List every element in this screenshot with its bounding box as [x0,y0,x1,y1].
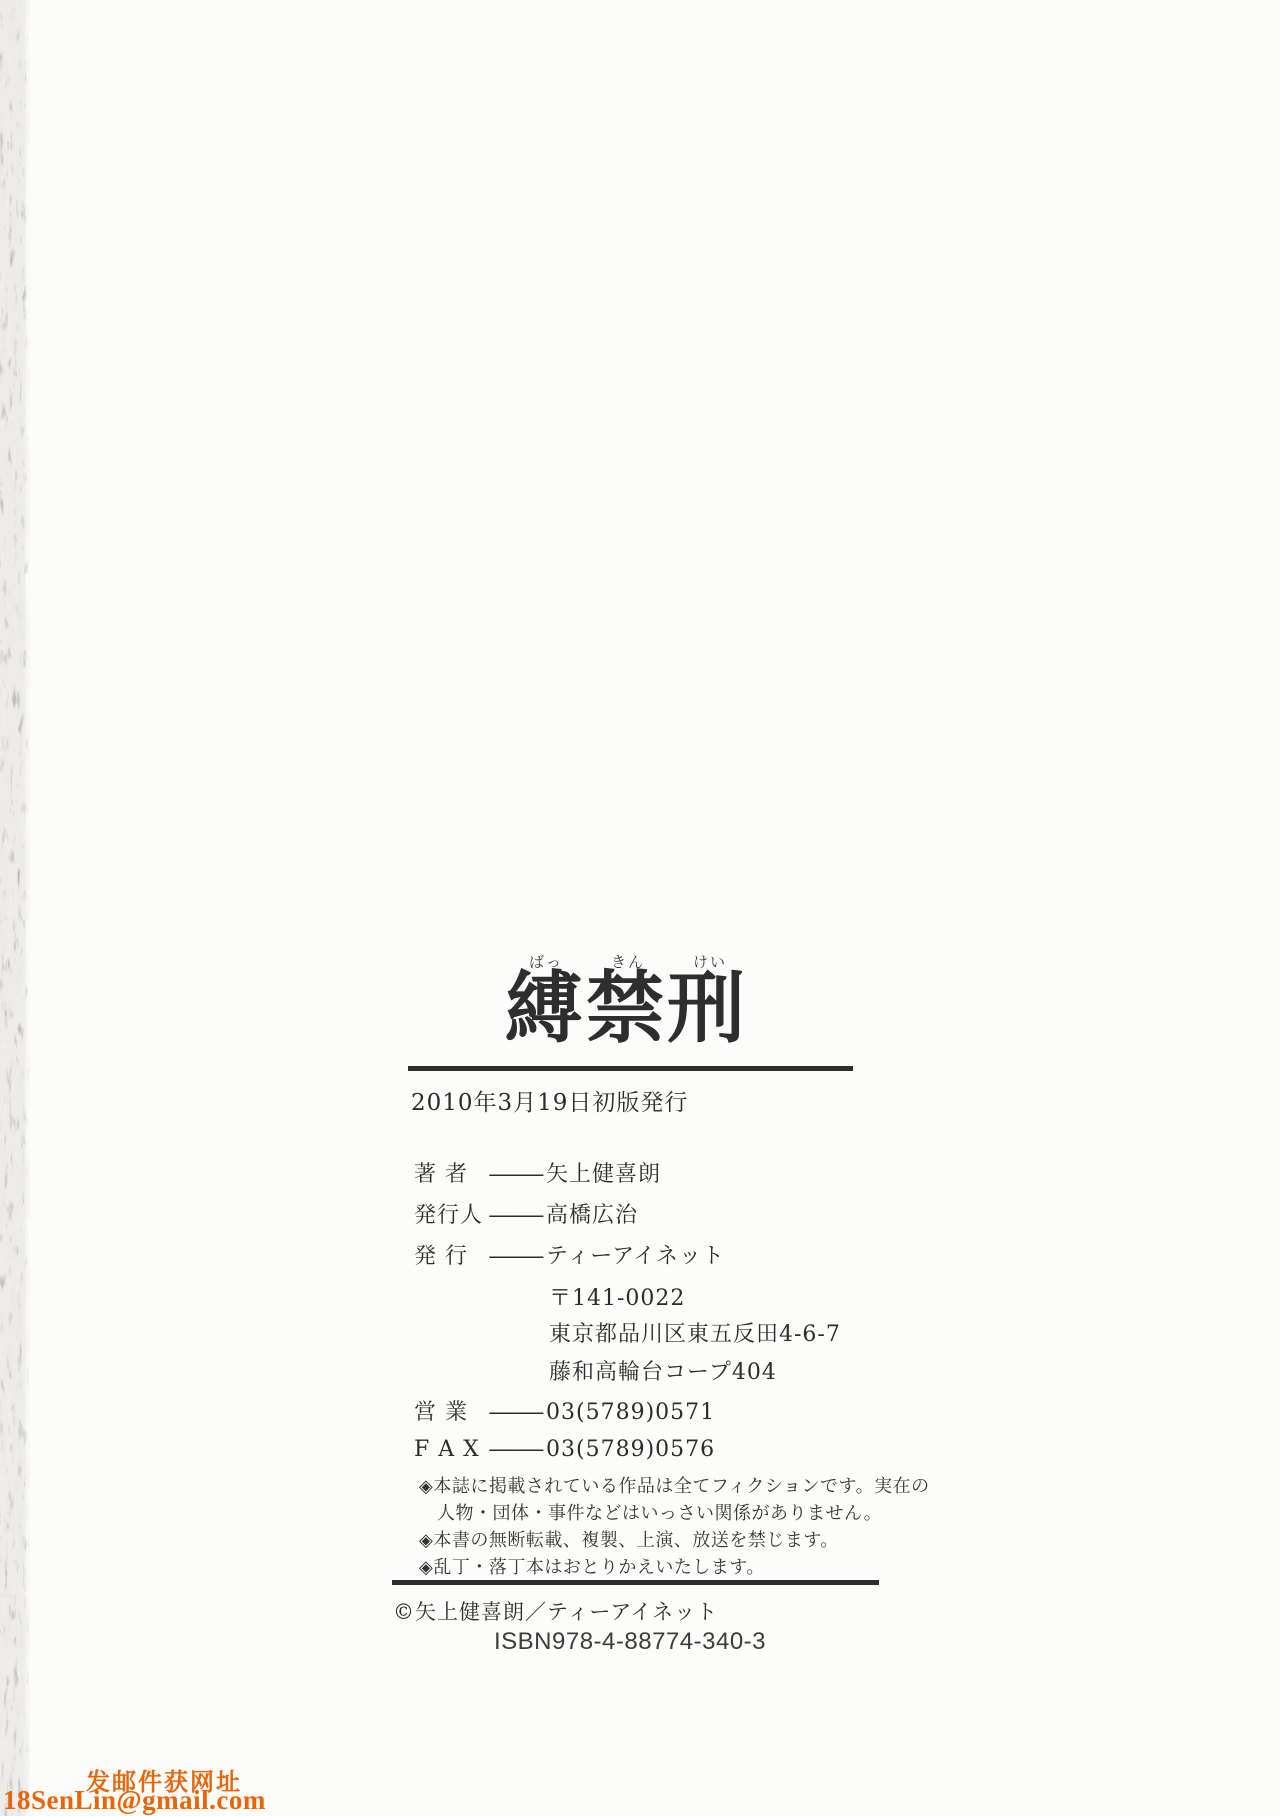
author-dash: —— [473,1162,557,1187]
colophon-row-sales-phone: 営 業——03(5789)0571 [414,1395,715,1426]
sales-dash: —— [473,1400,557,1425]
colophon-row-publisher-person: 発行人——高橋広治 [414,1198,638,1229]
book-title: 縛禁刑 [505,966,748,1052]
fax-dash: —— [473,1437,557,1462]
note-no-reproduction: ◈本書の無断転載、複製、上演、放送を禁じます。 [419,1526,839,1552]
publisher-person-value: 高橋広治 [546,1203,638,1228]
isbn-number: ISBN978-4-88774-340-3 [494,1628,766,1656]
edge-feather-gradient [0,0,40,1816]
note-fiction-line2: 人物・団体・事件などはいっさい関係がありません。 [437,1499,882,1525]
scanned-page-edge-texture [0,0,34,1816]
author-value: 矢上健喜朗 [546,1162,661,1187]
note-fiction-line1: ◈本誌に掲載されている作品は全てフィクションです。実在の [419,1472,930,1498]
copyright-notice: ©矢上健喜朗／ティーアイネット [393,1596,718,1626]
watermark-email-address: 18SenLin@gmail.com [3,1785,266,1816]
sales-phone-number: 03(5789)0571 [546,1400,715,1425]
note-defective-copies: ◈乱丁・落丁本はおとりかえいたします。 [419,1553,765,1579]
publisher-dash: —— [473,1244,557,1269]
fax-number: 03(5789)0576 [546,1437,715,1462]
edition-date: 2010年3月19日初版発行 [411,1084,688,1117]
footer-divider-rule [392,1580,879,1585]
publisher-person-dash: —— [473,1203,557,1228]
publisher-value: ティーアイネット [546,1244,725,1269]
title-divider-rule [408,1066,853,1071]
scanned-colophon-page: { "page": { "title": { "kanji": "縛禁刑", "… [0,0,1280,1816]
colophon-row-author: 著 者——矢上健喜朗 [414,1157,661,1188]
address-street: 東京都品川区東五反田4-6-7 [549,1317,841,1348]
address-postal-code: 〒141-0022 [549,1281,685,1312]
colophon-row-publisher: 発 行——ティーアイネット [414,1239,725,1270]
address-building: 藤和高輪台コープ404 [549,1355,777,1386]
colophon-row-fax: F A X——03(5789)0576 [414,1437,715,1462]
